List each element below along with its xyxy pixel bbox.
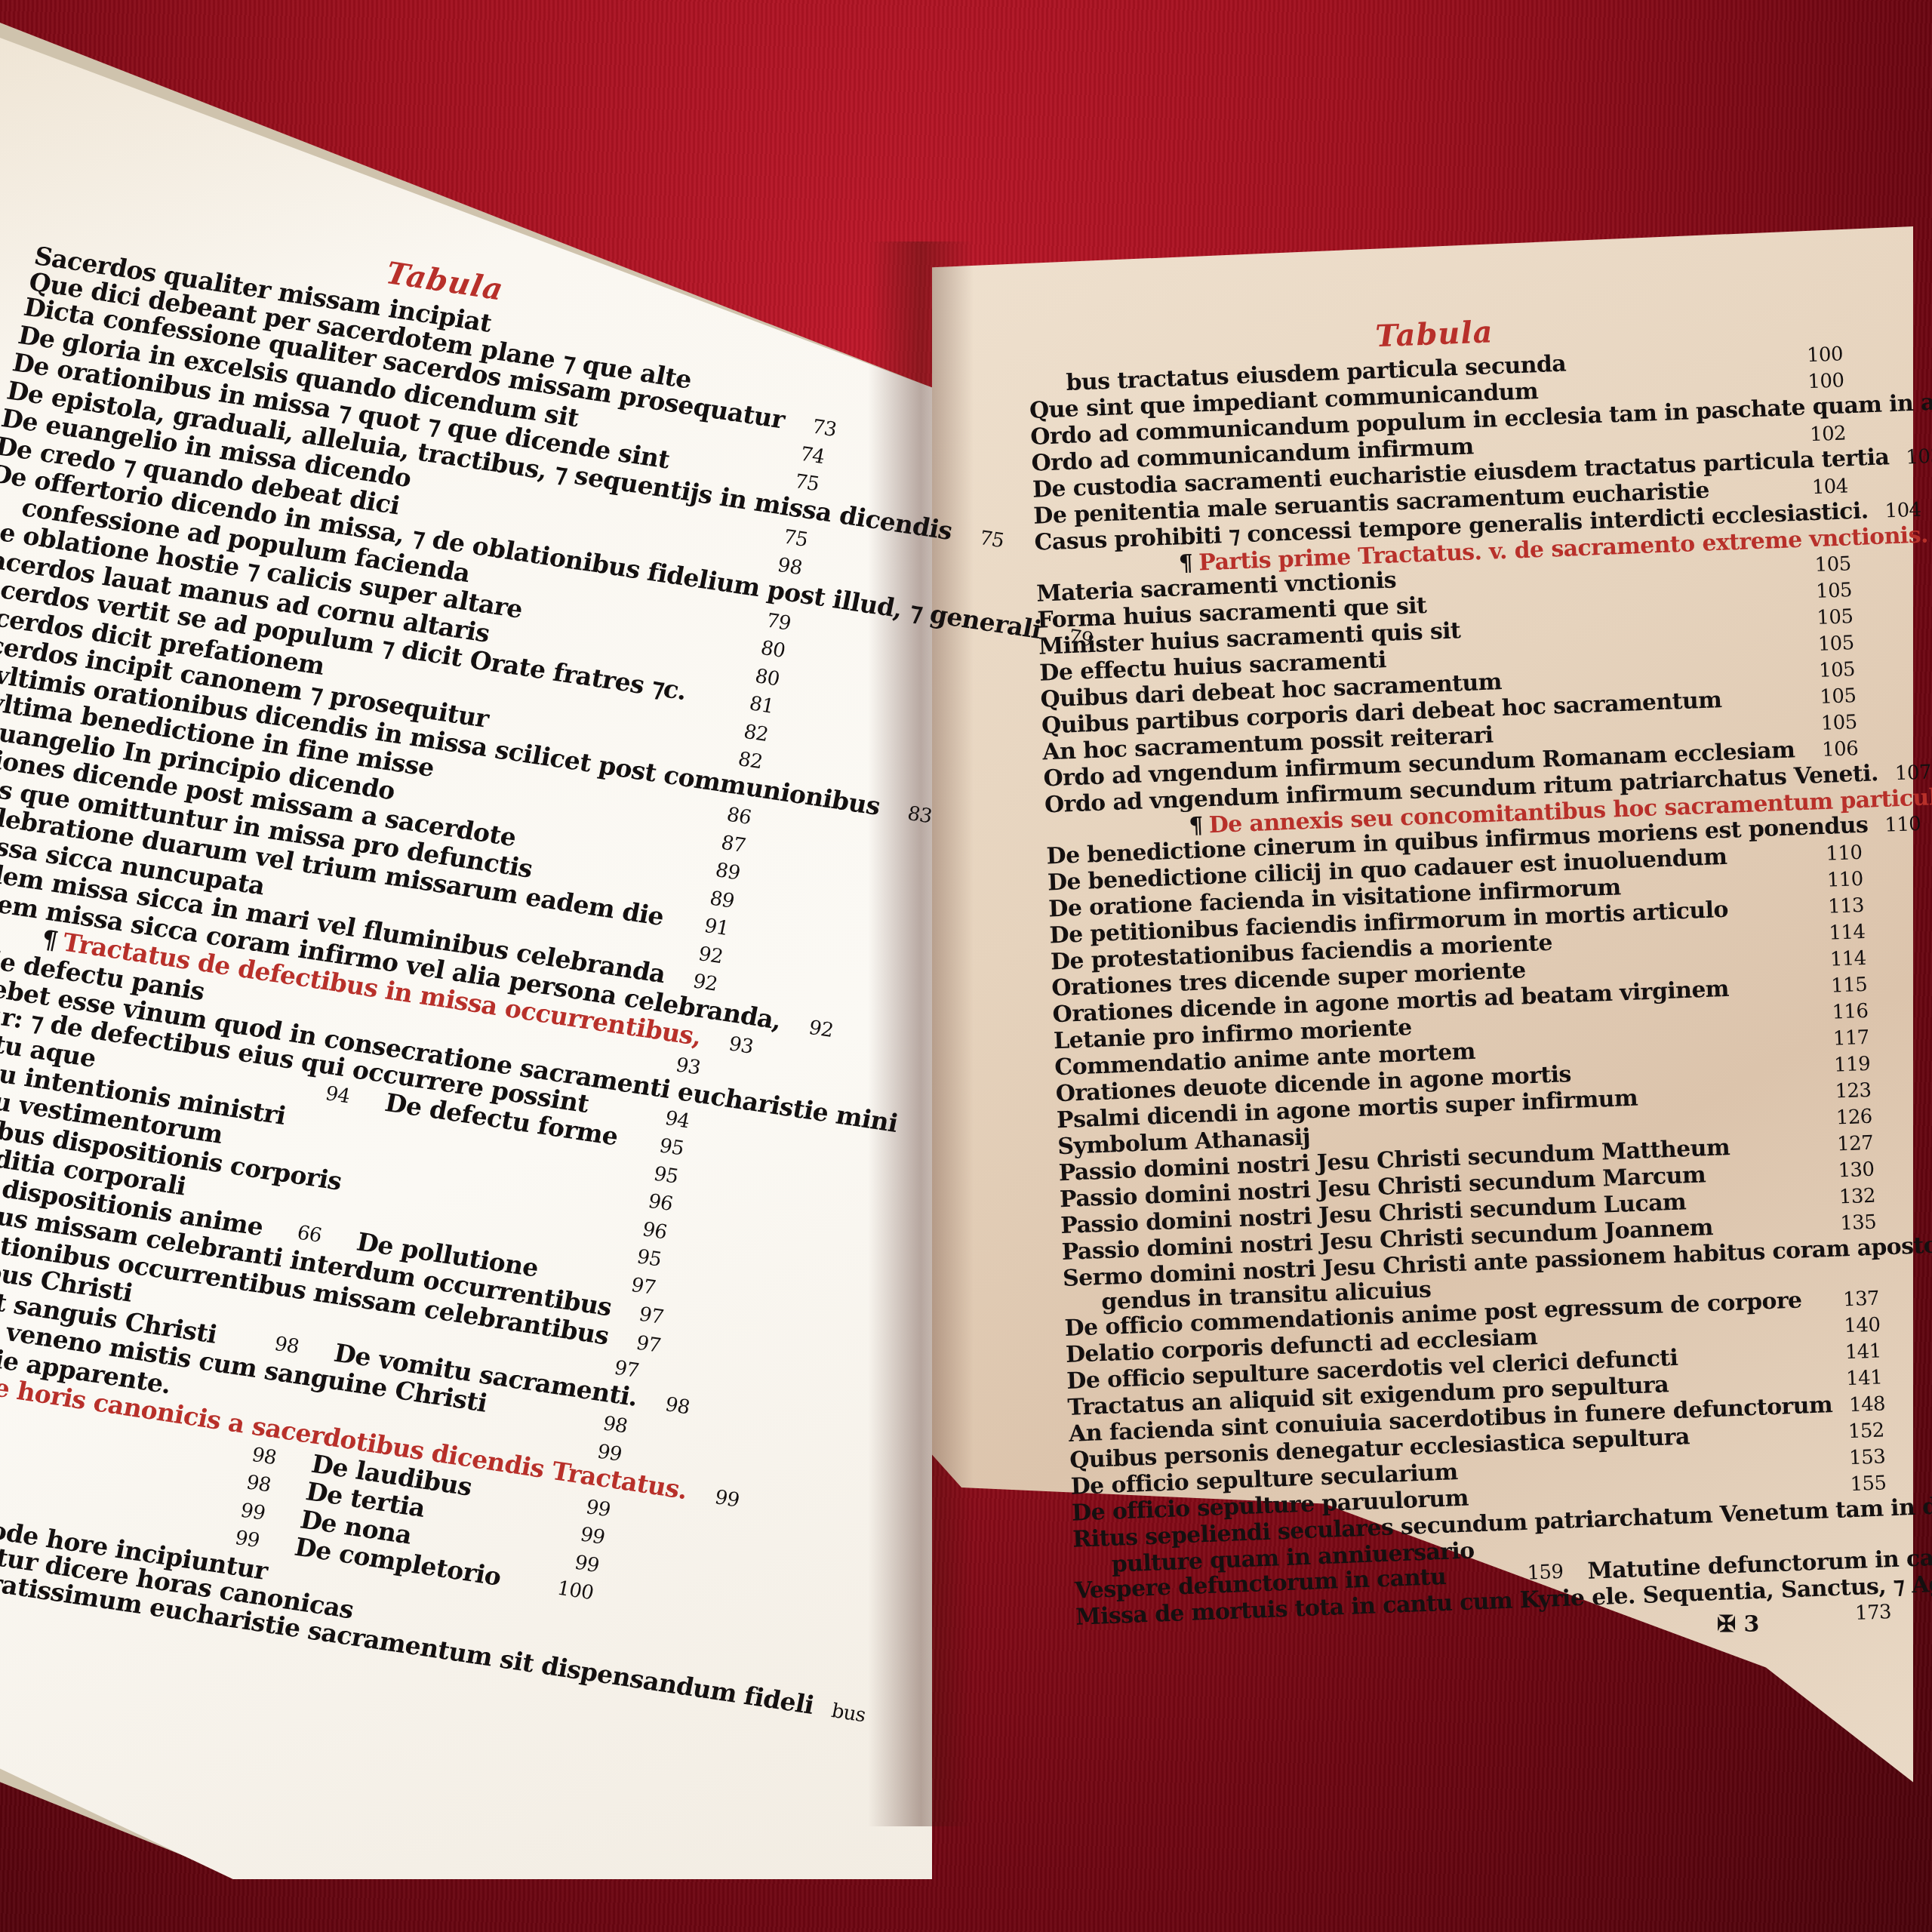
page-number: 105 — [1801, 657, 1855, 685]
page-number: 110 — [1809, 841, 1863, 868]
page-number: 104 — [1795, 474, 1848, 501]
page-number: 115 — [1814, 973, 1867, 1000]
page-number: 159 — [1527, 1559, 1588, 1586]
page-number — [1928, 540, 1932, 543]
page-number: 114 — [1813, 946, 1866, 974]
page-number: 110 — [1868, 812, 1921, 839]
book-gutter — [868, 241, 974, 1826]
page-number: 123 — [1818, 1078, 1872, 1106]
signature-mark: ✠ 3 — [1717, 1611, 1759, 1638]
page-number: 173 — [1838, 1600, 1891, 1627]
page-number: 117 — [1816, 1026, 1869, 1053]
page-number: 140 — [1827, 1313, 1881, 1340]
page-number — [1826, 1280, 1878, 1282]
page-number: 113 — [1810, 894, 1864, 921]
page-number: 119 — [1817, 1052, 1870, 1079]
page-number: 106 — [1804, 737, 1858, 764]
page-number: 105 — [1803, 684, 1857, 711]
page-number: 126 — [1819, 1105, 1872, 1132]
page-number: 110 — [1810, 867, 1863, 894]
page-number: 105 — [1798, 578, 1852, 605]
page-number: 100 — [1791, 368, 1844, 395]
right-page-table-of-contents: Tabula bus tractatus eiusdem particula s… — [1026, 301, 1892, 1657]
page-number: 102 — [1792, 421, 1846, 448]
page-number — [1835, 1542, 1888, 1544]
toc-list: bus tractatus eiusdem particula secunda1… — [1028, 341, 1892, 1657]
page-number: 141 — [1828, 1340, 1881, 1367]
paragraph-mark-icon: ¶ — [1178, 550, 1193, 577]
page-number: 152 — [1831, 1418, 1884, 1445]
page-number: 114 — [1812, 920, 1866, 947]
page-number: 105 — [1804, 710, 1857, 737]
paragraph-mark-icon: ¶ — [39, 924, 60, 955]
page-number: 107 — [1878, 760, 1931, 787]
page-number: 104 — [1868, 498, 1921, 525]
page-number: 135 — [1823, 1211, 1877, 1238]
page-number: 141 — [1829, 1366, 1882, 1393]
page-number: 105 — [1801, 631, 1854, 658]
page-number: 148 — [1832, 1392, 1885, 1419]
page-number: 105 — [1800, 605, 1854, 632]
page-number: 137 — [1826, 1287, 1879, 1314]
page-number: 132 — [1822, 1184, 1875, 1211]
page-number: 100 — [1789, 343, 1843, 370]
page-number: 105 — [1798, 552, 1851, 579]
paragraph-mark-icon: ¶ — [1189, 813, 1204, 840]
page-number: 116 — [1815, 999, 1869, 1026]
page-number: 130 — [1821, 1158, 1875, 1185]
page-number: 127 — [1820, 1131, 1874, 1158]
page-number: 155 — [1833, 1471, 1887, 1498]
page-number: 103 — [1889, 445, 1932, 472]
page-number: 153 — [1832, 1444, 1885, 1472]
